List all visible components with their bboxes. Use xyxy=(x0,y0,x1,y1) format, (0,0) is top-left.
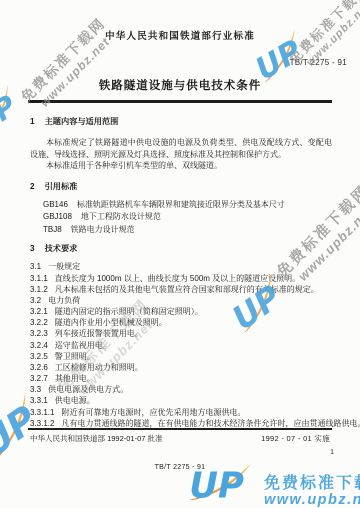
clause-row: 3.3.1.1附近有可靠地方电源时，应优先采用地方电源供电。 xyxy=(30,407,332,418)
clause-row: 3.1.1直线长度为 1000m 以上、曲线长度为 500m 及以上的隧道应设照… xyxy=(30,273,332,284)
logo-letters: UP xyxy=(189,465,244,505)
clause-row: 3.2.1隧道内固定的指示照明（简称固定照明）。 xyxy=(30,306,332,317)
clause-row: 3.1一般规定 xyxy=(30,261,332,272)
reference-title: 铁路电力设计规范 xyxy=(71,225,135,234)
clause-list: 3.1一般规定 3.1.1直线长度为 1000m 以上、曲线长度为 500m 及… xyxy=(30,261,332,428)
scope-paragraph-2: 本标准适用于各种牵引机车类型的单、双线隧道。 xyxy=(30,160,332,172)
standard-document-page: 中华人民共和国铁道部行业标准 TB/T 2275 - 91 铁路隧道设施与供电技… xyxy=(0,0,360,508)
clause-row: 3.2.3列车接近报警装置用电。 xyxy=(30,328,332,339)
upbz-brand-lockup: UP 免费标准下载网 www.upbz.net xyxy=(188,461,360,508)
brand-site-url: www.upbz.net xyxy=(264,492,360,508)
clause-row: 3.1.2凡本标准未包括的及其他电气装置应符合国家和部现行的有关标准的规定。 xyxy=(30,284,332,295)
header-divider xyxy=(28,100,332,103)
document-body: 1主题内容与适用范围 本标准规定了铁路隧道中供电设施的电源及负荷类型、供电及配线… xyxy=(30,112,332,429)
clause-row: 3.3供电电源及供电方式。 xyxy=(30,384,332,395)
scope-paragraph-1: 本标准规定了铁路隧道中供电设施的电源及负荷类型、供电及配线方式、变配电设施、导线… xyxy=(30,137,332,160)
section-heading-scope: 1主题内容与适用范围 xyxy=(30,116,332,127)
section-number: 2 xyxy=(30,182,35,191)
clause-row: 3.2.4巡守监视用电。 xyxy=(30,340,332,351)
reference-code: TBJ8 xyxy=(43,225,62,234)
clause-row: 3.2电力负荷 xyxy=(30,295,332,306)
document-title: 铁路隧道设施与供电技术条件 xyxy=(0,77,360,93)
implementation-note: 1992 - 07 - 01 实施 xyxy=(261,433,330,444)
clause-row: 3.2.2隧道内作业用小型机械及照明。 xyxy=(30,317,332,328)
section-heading-requirements: 3技术要求 xyxy=(30,243,332,254)
reference-list: GB146标准轨距铁路机车车辆限界和建筑接近限界分类及基本尺寸 GBJ108地下… xyxy=(30,199,332,237)
standard-number-header: TB/T 2275 - 91 xyxy=(290,58,347,67)
clause-row: 3.3.1供电电源。 xyxy=(30,395,332,406)
section-title: 主题内容与适用范围 xyxy=(45,117,119,126)
footer-divider xyxy=(28,428,332,430)
clause-row: 3.2.6工区检修用动力和照明。 xyxy=(30,362,332,373)
brand-site-name: 免费标准下载网 xyxy=(264,470,360,493)
reference-code: GBJ108 xyxy=(43,212,72,221)
section-number: 3 xyxy=(30,244,35,253)
reference-title: 地下工程防水设计规范 xyxy=(81,212,161,221)
brand-text: 免费标准下载网 www.upbz.net xyxy=(264,470,360,508)
reference-code: GB146 xyxy=(43,200,68,209)
section-title: 引用标准 xyxy=(45,182,78,191)
clause-row: 3.2.7其他用电。 xyxy=(30,373,332,384)
approval-note: 中华人民共和国铁道部 1992-01-07 批准 xyxy=(30,433,163,444)
page-number: 1 xyxy=(330,449,334,456)
reference-item: GB146标准轨距铁路机车车辆限界和建筑接近限界分类及基本尺寸 xyxy=(43,199,332,212)
section-number: 1 xyxy=(30,117,35,126)
reference-item: TBJ8铁路电力设计规范 xyxy=(43,224,332,237)
logo-letters: UP xyxy=(0,89,23,141)
clause-row: 3.2.5警卫照明。 xyxy=(30,351,332,362)
section-title: 技术要求 xyxy=(45,244,78,253)
section-heading-references: 2引用标准 xyxy=(30,181,332,192)
upbz-logo-icon: UP xyxy=(188,461,260,505)
reference-item: GBJ108地下工程防水设计规范 xyxy=(43,211,332,224)
authority-label: 中华人民共和国铁道部行业标准 xyxy=(0,28,360,42)
reference-title: 标准轨距铁路机车车辆限界和建筑接近限界分类及基本尺寸 xyxy=(77,200,285,209)
